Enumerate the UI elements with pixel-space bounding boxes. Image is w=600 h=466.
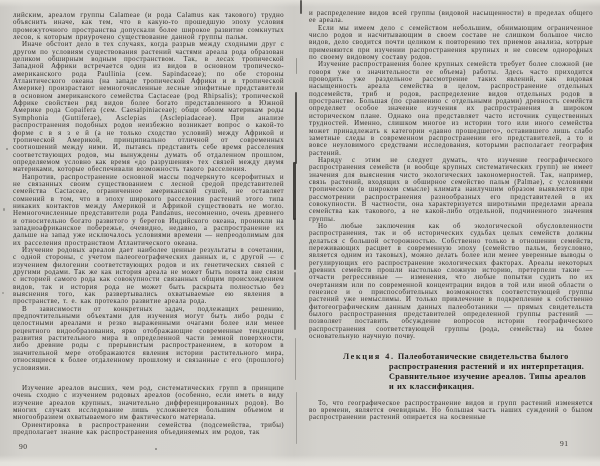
page-number-right: 91 xyxy=(560,439,569,448)
paragraph: Изучение распространения более крупных с… xyxy=(309,61,593,156)
paragraph: В зависимости от конкретных задач, подле… xyxy=(13,306,284,372)
paragraph: Если мы имеем дело с семейством небольши… xyxy=(309,25,593,62)
paragraph: Наряду с этим не следует думать, что изу… xyxy=(309,157,593,223)
paragraph: Но любые заключения как об экологической… xyxy=(309,223,593,341)
paragraph: Изучение родовых ареалов дает наиболее ц… xyxy=(13,247,284,306)
paragraph: лийским, ареалом группы Calameae (и рода… xyxy=(13,12,284,41)
paragraph: Изучение ареалов высших, чем род, систем… xyxy=(13,385,284,422)
paragraph: Напротив, распространение основной массы… xyxy=(13,174,284,247)
lecture-heading: Лекция 4. Палеоботанические свидетельств… xyxy=(309,352,593,391)
paragraph: Иначе обстоит дело в тех случаях, когда … xyxy=(13,41,284,173)
scan-bottom-edge xyxy=(0,455,600,466)
book-scan-spread: лийским, ареалом группы Calameae (и рода… xyxy=(0,0,600,466)
left-page: лийским, ареалом группы Calameae (и рода… xyxy=(13,12,284,436)
right-page: и распределение видов всей группы (видов… xyxy=(309,10,593,422)
paragraph: Ориентировка в распространении семейства… xyxy=(13,422,284,437)
lecture-label: Лекция 4. xyxy=(343,352,395,361)
lecture-title: Палеоботанические свидетельства былого р… xyxy=(389,352,586,390)
page-number-left: 90 xyxy=(19,442,28,451)
paragraph: То, что географическое распространение в… xyxy=(309,400,593,422)
paragraph: и распределение видов всей группы (видов… xyxy=(309,10,593,25)
